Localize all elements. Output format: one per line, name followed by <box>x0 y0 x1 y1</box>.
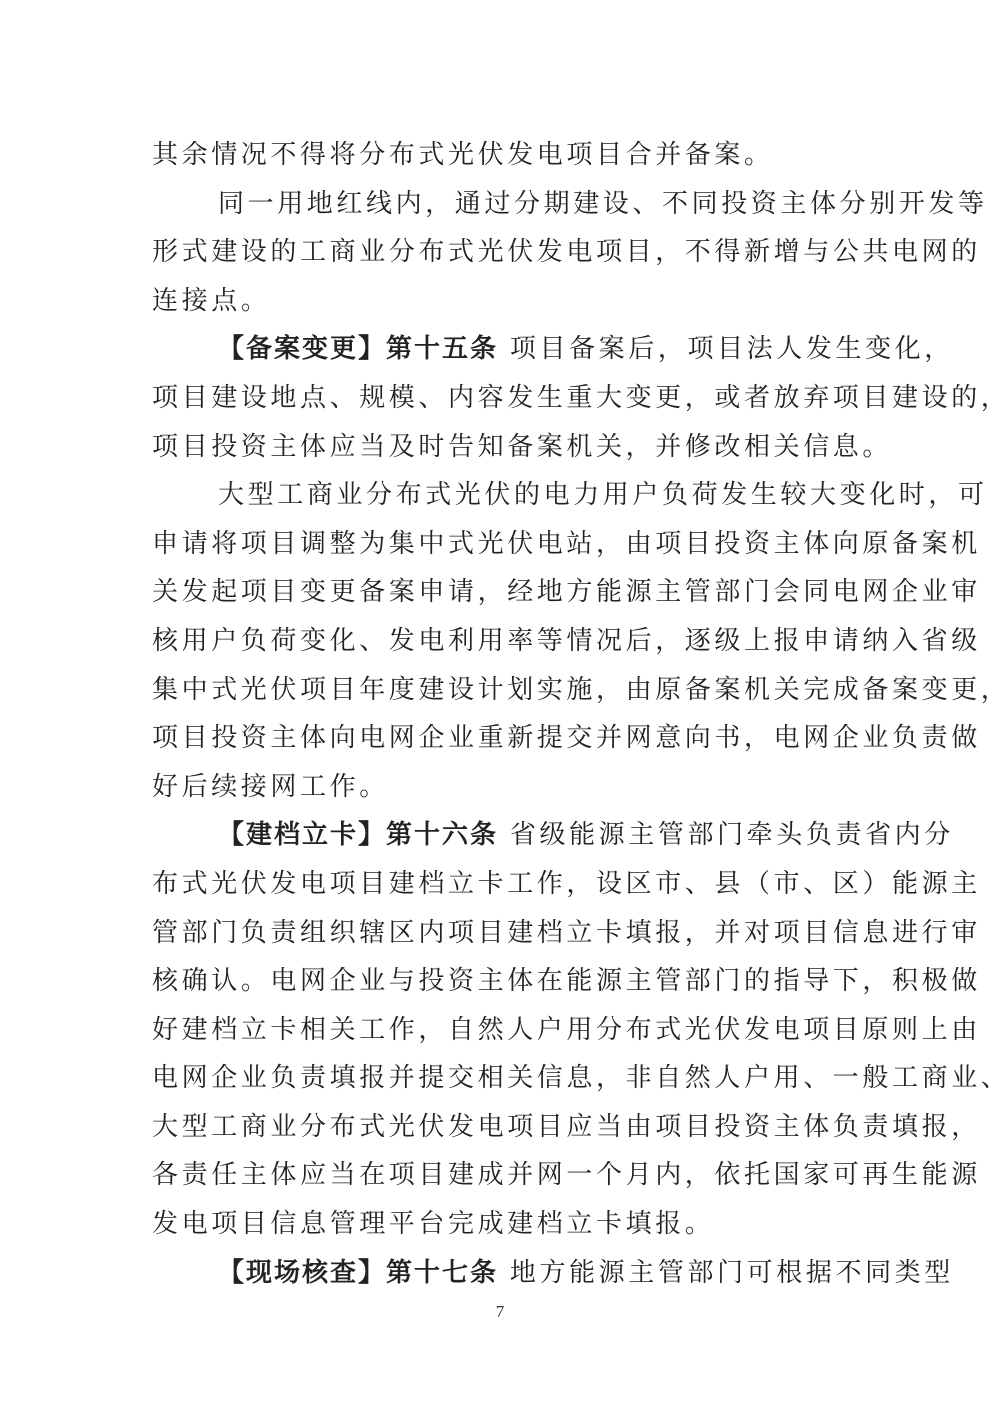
page-number: 7 <box>0 1302 1000 1322</box>
text-line: 布式光伏发电项目建档立卡工作，设区市、县（市、区）能源主 <box>152 860 852 909</box>
text-line: 集中式光伏项目年度建设计划实施，由原备案机关完成备案变更， <box>152 666 852 715</box>
article-title: 【现场核查】第十七条 <box>218 1258 498 1288</box>
line-text: 项目备案后，项目法人发生变化， <box>498 334 954 364</box>
line-text: 项目投资主体向电网企业重新提交并网意向书，电网企业负责做 <box>152 723 981 753</box>
line-text: 大型工商业分布式光伏发电项目应当由项目投资主体负责填报， <box>152 1112 981 1142</box>
text-line: 发电项目信息管理平台完成建档立卡填报。 <box>152 1200 852 1249</box>
line-text: 核用户负荷变化、发电利用率等情况后，逐级上报申请纳入省级 <box>152 626 981 656</box>
line-text: 各责任主体应当在项目建成并网一个月内，依托国家可再生能源 <box>152 1160 981 1190</box>
line-text: 形式建设的工商业分布式光伏发电项目，不得新增与公共电网的 <box>152 237 981 267</box>
line-text: 好后续接网工作。 <box>152 772 389 802</box>
article-heading-line: 【备案变更】第十五条 项目备案后，项目法人发生变化， <box>152 325 852 374</box>
text-line: 项目建设地点、规模、内容发生重大变更，或者放弃项目建设的， <box>152 374 852 423</box>
line-text: 发电项目信息管理平台完成建档立卡填报。 <box>152 1209 714 1239</box>
text-line: 形式建设的工商业分布式光伏发电项目，不得新增与公共电网的 <box>152 228 852 277</box>
line-text: 申请将项目调整为集中式光伏电站，由项目投资主体向原备案机 <box>152 529 981 559</box>
line-text: 大型工商业分布式光伏的电力用户负荷发生较大变化时，可 <box>218 480 988 510</box>
text-line: 电网企业负责填报并提交相关信息，非自然人户用、一般工商业、 <box>152 1054 852 1103</box>
line-text: 电网企业负责填报并提交相关信息，非自然人户用、一般工商业、 <box>152 1063 1000 1093</box>
text-line: 好建档立卡相关工作，自然人户用分布式光伏发电项目原则上由 <box>152 1006 852 1055</box>
text-line: 申请将项目调整为集中式光伏电站，由项目投资主体向原备案机 <box>152 520 852 569</box>
line-text: 项目建设地点、规模、内容发生重大变更，或者放弃项目建设的， <box>152 383 1000 413</box>
line-text: 项目投资主体应当及时告知备案机关，并修改相关信息。 <box>152 432 892 462</box>
article-heading-line: 【建档立卡】第十六条 省级能源主管部门牵头负责省内分 <box>152 811 852 860</box>
line-text: 管部门负责组织辖区内项目建档立卡填报，并对项目信息进行审 <box>152 918 981 948</box>
article-heading-line: 【现场核查】第十七条 地方能源主管部门可根据不同类型 <box>152 1249 852 1298</box>
text-line: 核确认。电网企业与投资主体在能源主管部门的指导下，积极做 <box>152 957 852 1006</box>
line-text: 关发起项目变更备案申请，经地方能源主管部门会同电网企业审 <box>152 577 981 607</box>
line-text: 地方能源主管部门可根据不同类型 <box>498 1258 954 1288</box>
document-body: 其余情况不得将分布式光伏发电项目合并备案。同一用地红线内，通过分期建设、不同投资… <box>152 131 852 1297</box>
line-text: 连接点。 <box>152 286 270 316</box>
text-line: 连接点。 <box>152 277 852 326</box>
line-text: 布式光伏发电项目建档立卡工作，设区市、县（市、区）能源主 <box>152 869 981 899</box>
text-line: 核用户负荷变化、发电利用率等情况后，逐级上报申请纳入省级 <box>152 617 852 666</box>
text-line: 关发起项目变更备案申请，经地方能源主管部门会同电网企业审 <box>152 568 852 617</box>
text-line: 管部门负责组织辖区内项目建档立卡填报，并对项目信息进行审 <box>152 909 852 958</box>
line-text: 好建档立卡相关工作，自然人户用分布式光伏发电项目原则上由 <box>152 1015 981 1045</box>
text-line: 项目投资主体向电网企业重新提交并网意向书，电网企业负责做 <box>152 714 852 763</box>
text-line: 项目投资主体应当及时告知备案机关，并修改相关信息。 <box>152 423 852 472</box>
text-line: 大型工商业分布式光伏发电项目应当由项目投资主体负责填报， <box>152 1103 852 1152</box>
line-text: 省级能源主管部门牵头负责省内分 <box>498 820 954 850</box>
text-line: 好后续接网工作。 <box>152 763 852 812</box>
article-title: 【建档立卡】第十六条 <box>218 820 498 850</box>
article-title: 【备案变更】第十五条 <box>218 334 498 364</box>
text-line: 同一用地红线内，通过分期建设、不同投资主体分别开发等 <box>152 180 852 229</box>
line-text: 集中式光伏项目年度建设计划实施，由原备案机关完成备案变更， <box>152 675 1000 705</box>
line-text: 同一用地红线内，通过分期建设、不同投资主体分别开发等 <box>218 189 988 219</box>
text-line: 其余情况不得将分布式光伏发电项目合并备案。 <box>152 131 852 180</box>
text-line: 大型工商业分布式光伏的电力用户负荷发生较大变化时，可 <box>152 471 852 520</box>
line-text: 核确认。电网企业与投资主体在能源主管部门的指导下，积极做 <box>152 966 981 996</box>
text-line: 各责任主体应当在项目建成并网一个月内，依托国家可再生能源 <box>152 1151 852 1200</box>
line-text: 其余情况不得将分布式光伏发电项目合并备案。 <box>152 140 774 170</box>
